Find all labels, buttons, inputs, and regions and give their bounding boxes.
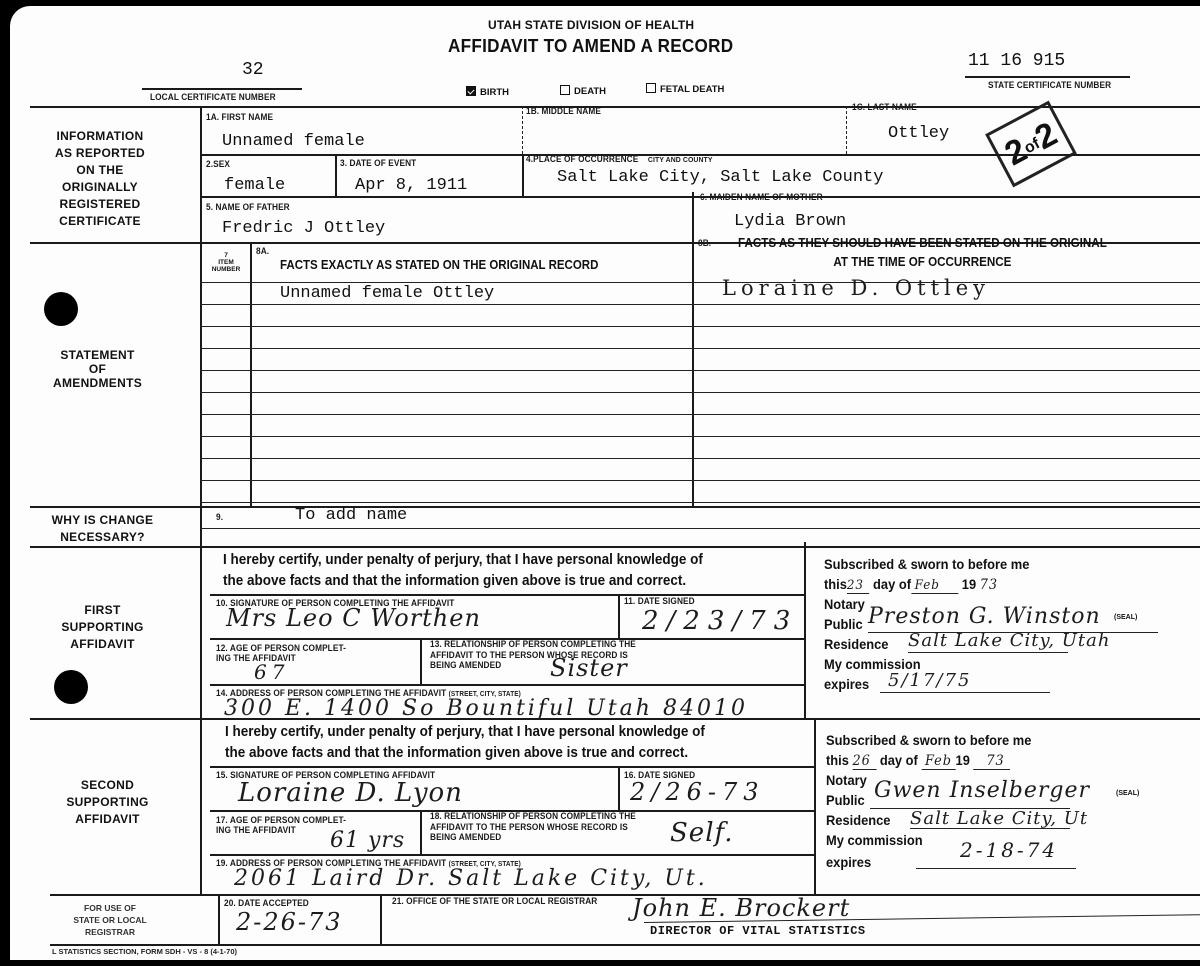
- amend-line: [200, 304, 1200, 305]
- date-of-event-label: 3. DATE OF EVENT: [340, 158, 416, 168]
- amend-line: [200, 480, 1200, 481]
- section-title-second-affidavit: SECOND SUPPORTING AFFIDAVIT: [30, 777, 185, 828]
- first-name-value: Unnamed female: [222, 132, 365, 151]
- notary2-commission-label: My commission: [826, 832, 923, 848]
- col-b-header: FACTS AS THEY SHOULD HAVE BEEN STATED ON…: [738, 234, 1107, 272]
- section-title-registrar: FOR USE OF STATE OR LOCAL REGISTRAR: [50, 902, 170, 938]
- amendment-original-value: Unnamed female Ottley: [280, 284, 494, 303]
- notary1-expires: 5/17/75: [888, 670, 971, 691]
- notary2-expires: 2-18-74: [960, 838, 1058, 862]
- local-cert-underline: [142, 88, 302, 90]
- page-stamp: 2of2: [985, 101, 1077, 188]
- punch-hole-2: [54, 670, 88, 704]
- reason-line: [200, 528, 1200, 529]
- amendment-corrected-value: Loraine D. Ottley: [722, 276, 990, 300]
- state-certificate-label: STATE CERTIFICATE NUMBER: [988, 80, 1111, 90]
- date-accepted-label: 20. DATE ACCEPTED: [224, 898, 309, 908]
- aff2-row-3: [210, 854, 814, 856]
- notary1-notary-label: Notary: [824, 596, 865, 612]
- agency-name: UTAH STATE DIVISION OF HEALTH: [488, 18, 694, 32]
- aff1-signature: Mrs Leo C Worthen: [226, 604, 481, 632]
- first-name-label: 1A. FIRST NAME: [206, 112, 273, 122]
- aff1-age: 67: [254, 660, 289, 684]
- notary1-sworn-line: Subscribed & sworn to before me: [824, 556, 1029, 572]
- last-name-divider: [846, 106, 847, 154]
- aff2-relationship: Self.: [670, 818, 733, 848]
- reason-value: To add name: [295, 506, 407, 525]
- sex-value: female: [224, 176, 285, 195]
- amend-line: [200, 458, 1200, 459]
- notary1-expires-underline: [880, 692, 1050, 693]
- notary2-public-name: Gwen Inselberger: [874, 778, 1090, 803]
- aff1-sig-date-divider: [618, 594, 620, 638]
- last-name-value: Ottley: [888, 124, 949, 143]
- notary2-residence-underline: [910, 828, 1070, 829]
- record-type-death[interactable]: DEATH: [560, 85, 606, 97]
- affidavit2-right-border: [814, 718, 816, 894]
- father-name-label: 5. NAME OF FATHER: [206, 202, 290, 212]
- affidavit1-right-border: [804, 542, 806, 718]
- form-title: AFFIDAVIT TO AMEND A RECORD: [448, 36, 733, 57]
- registrar-office-label: 21. OFFICE OF THE STATE OR LOCAL REGISTR…: [392, 896, 597, 906]
- aff1-row-3: [210, 684, 804, 686]
- mother-maiden-name-value: Lydia Brown: [734, 212, 846, 231]
- notary1-residence: Salt Lake City, Utah: [908, 630, 1110, 651]
- notary1-residence-underline: [908, 652, 1068, 653]
- local-certificate-label: LOCAL CERTIFICATE NUMBER: [150, 92, 276, 102]
- section-rule-first-affidavit: [30, 546, 1200, 548]
- sex-date-divider: [335, 154, 337, 196]
- col-a-header: FACTS EXACTLY AS STATED ON THE ORIGINAL …: [280, 258, 598, 272]
- place-of-occurrence-label: 4.PLACE OF OCCURRENCE CITY AND COUNTY: [526, 154, 713, 164]
- date-place-divider: [522, 154, 524, 196]
- birth-checkbox[interactable]: [466, 86, 476, 96]
- place-of-occurrence-value: Salt Lake City, Salt Lake County: [557, 168, 883, 187]
- section-rule-reason: [30, 506, 1200, 508]
- col-a-number: 8A.: [256, 246, 269, 256]
- notary2-expires-underline: [916, 868, 1076, 869]
- notary2-residence: Salt Lake City, Ut: [910, 808, 1088, 829]
- reason-number: 9.: [216, 512, 223, 522]
- aff2-sig-date-divider: [618, 766, 620, 810]
- state-certificate-number: 11 16 915: [968, 51, 1065, 71]
- notary2-sworn-line: Subscribed & sworn to before me: [826, 732, 1031, 748]
- item-number-header: 7 ITEM NUMBER: [202, 252, 250, 273]
- punch-hole-1: [44, 292, 78, 326]
- sex-label: 2.SEX: [206, 159, 230, 169]
- notary1-residence-label: Residence: [824, 636, 888, 652]
- aff1-row-1: [210, 594, 804, 596]
- amend-line: [200, 326, 1200, 327]
- father-name-value: Fredric J Ottley: [222, 219, 385, 238]
- form-id-footer: L STATISTICS SECTION, FORM SDH - VS - 8 …: [52, 947, 237, 956]
- amend-line: [200, 414, 1200, 415]
- notary1-this-line: this23 day ofFeb 19 73: [824, 576, 998, 593]
- mother-maiden-name-label: 6. MAIDEN NAME OF MOTHER: [700, 192, 823, 202]
- aff2-signature: Loraine D. Lyon: [238, 778, 463, 808]
- section-rule-second-affidavit: [30, 718, 1200, 720]
- amend-line: [200, 502, 1200, 503]
- amend-line: [200, 348, 1200, 349]
- aff2-relationship-label: 18. RELATIONSHIP OF PERSON COMPLETING TH…: [430, 811, 636, 843]
- record-type-birth[interactable]: BIRTH: [466, 86, 509, 98]
- registrar-title: DIRECTOR OF VITAL STATISTICS: [650, 924, 866, 938]
- aff2-age-label: 17. AGE OF PERSON COMPLET- ING THE AFFID…: [216, 815, 346, 835]
- certify-statement-2: I hereby certify, under penalty of perju…: [225, 722, 705, 764]
- aff2-notary-block: Subscribed & sworn to before me this 26 …: [826, 732, 1176, 882]
- notary1-public-name: Preston G. Winston: [868, 604, 1101, 629]
- middle-name-label: 1B. MIDDLE NAME: [526, 106, 601, 116]
- amend-line: [200, 392, 1200, 393]
- aff2-age: 61 yrs: [330, 828, 405, 853]
- section-title-reason: WHY IS CHANGE NECESSARY?: [30, 512, 175, 546]
- aff2-row-1: [210, 766, 814, 768]
- aff2-date: 2/26-73: [630, 778, 765, 806]
- death-checkbox[interactable]: [560, 85, 570, 95]
- footer-rule: [50, 944, 1200, 946]
- col-b-number: 8B.: [698, 238, 711, 248]
- notary1-public-label: Public: [824, 616, 863, 632]
- notary1-seal-label: (SEAL): [1114, 614, 1137, 621]
- notary2-notary-label: Notary: [826, 772, 867, 788]
- section-title-original-info: INFORMATION AS REPORTED ON THE ORIGINALL…: [30, 128, 170, 230]
- notary1-expires-label: expires: [824, 676, 869, 692]
- aff1-date-label: 11. DATE SIGNED: [624, 596, 695, 606]
- aff1-notary-block: Subscribed & sworn to before me this23 d…: [824, 556, 1174, 706]
- section-title-first-affidavit: FIRST SUPPORTING AFFIDAVIT: [30, 602, 175, 653]
- amend-line: [200, 282, 1200, 283]
- top-rule: [30, 106, 1200, 108]
- date-of-event-value: Apr 8, 1911: [355, 176, 467, 195]
- notary2-seal-label: (SEAL): [1116, 790, 1139, 797]
- registrar-mid-divider: [380, 894, 382, 944]
- amend-line: [200, 370, 1200, 371]
- left-column-divider: [200, 106, 202, 896]
- affidavit-form: UTAH STATE DIVISION OF HEALTH AFFIDAVIT …: [10, 6, 1200, 960]
- fetal-death-checkbox[interactable]: [646, 83, 656, 93]
- notary2-public-label: Public: [826, 792, 865, 808]
- date-accepted-value: 2-26-73: [236, 908, 343, 936]
- aff2-age-rel-divider: [420, 810, 422, 854]
- aff2-address: 2061 Laird Dr. Salt Lake City, Ut.: [234, 866, 708, 891]
- notary2-this-line: this 26 day of Feb19 73: [826, 752, 1010, 769]
- notary2-residence-label: Residence: [826, 812, 890, 828]
- father-mother-divider: [692, 192, 694, 244]
- section-title-amendments: STATEMENT OF AMENDMENTS: [30, 348, 165, 390]
- middle-name-divider: [522, 106, 523, 154]
- certify-statement-1: I hereby certify, under penalty of perju…: [223, 550, 703, 592]
- aff1-relationship: Sister: [550, 654, 628, 682]
- local-certificate-number: 32: [242, 60, 264, 80]
- aff1-age-rel-divider: [420, 638, 422, 684]
- state-cert-underline: [965, 76, 1130, 78]
- last-name-label: 1C. LAST NAME: [852, 102, 917, 112]
- notary2-expires-label: expires: [826, 854, 871, 870]
- registrar-signature: John E. Brockert: [632, 894, 850, 922]
- registrar-left-divider: [218, 894, 220, 944]
- amend-line: [200, 436, 1200, 437]
- record-type-fetal-death[interactable]: FETAL DEATH: [646, 83, 724, 95]
- section-rule-registrar: [50, 894, 1200, 896]
- aff1-date: 2/23/73: [642, 606, 798, 636]
